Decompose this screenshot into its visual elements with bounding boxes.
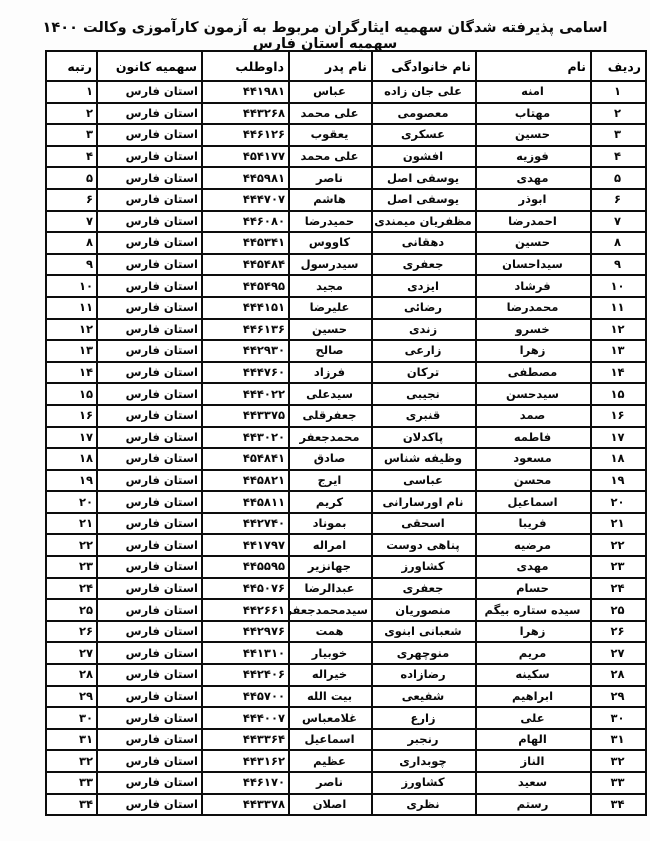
table-cell: ۴۴۲۶۶۱ <box>202 599 289 621</box>
table-cell: استان فارس <box>97 621 202 643</box>
table-cell: ۱۳ <box>46 340 97 362</box>
table-cell: ۶ <box>46 189 97 211</box>
table-cell: علی محمد <box>289 146 372 168</box>
table-cell: ۳۲ <box>591 750 646 772</box>
table-cell: ۴۴۳۳۷۵ <box>202 405 289 427</box>
table-cell: ۲۸ <box>591 664 646 686</box>
table-cell: هاشم <box>289 189 372 211</box>
table-cell: خسرو <box>476 319 591 341</box>
table-cell: ۸ <box>46 232 97 254</box>
table-cell: ۲۳ <box>46 556 97 578</box>
table-cell: استان فارس <box>97 167 202 189</box>
table-cell: استان فارس <box>97 686 202 708</box>
table-cell: شعبانی ابنوی <box>372 621 476 643</box>
table-cell: استان فارس <box>97 275 202 297</box>
table-cell: استان فارس <box>97 491 202 513</box>
table-cell: استان فارس <box>97 405 202 427</box>
table-cell: استان فارس <box>97 254 202 276</box>
table-header: ردیفنامنام خانوادگینام پدرداوطلبسهمیه کا… <box>46 51 646 81</box>
table-cell: ۳ <box>591 124 646 146</box>
table-row: ۸حسیندهقانیکاووس۴۴۵۳۴۱استان فارس۸ <box>46 232 646 254</box>
table-cell: خیراله <box>289 664 372 686</box>
table-cell: ۴۴۵۷۰۰ <box>202 686 289 708</box>
table-cell: حمیدرضا <box>289 211 372 233</box>
table-cell: مهتاب <box>476 103 591 125</box>
table-cell: مهدی <box>476 556 591 578</box>
table-cell: سیدعلی <box>289 383 372 405</box>
table-cell: ۱۷ <box>591 427 646 449</box>
table-cell: سکینه <box>476 664 591 686</box>
table-cell: ۳۱ <box>46 729 97 751</box>
table-cell: ۳۴ <box>591 794 646 816</box>
table-cell: استان فارس <box>97 729 202 751</box>
table-cell: نام اورسارانی <box>372 491 476 513</box>
table-cell: استان فارس <box>97 124 202 146</box>
table-cell: ۱۵ <box>591 383 646 405</box>
table-cell: استان فارس <box>97 750 202 772</box>
table-cell: یعقوب <box>289 124 372 146</box>
table-cell: ۱۱ <box>46 297 97 319</box>
table-cell: ۲۲ <box>46 534 97 556</box>
table-cell: ۴۴۵۵۹۵ <box>202 556 289 578</box>
table-cell: محمدجعفر <box>289 427 372 449</box>
table-cell: زندی <box>372 319 476 341</box>
table-cell: ۴ <box>46 146 97 168</box>
table-cell: ۴۴۶۰۸۰ <box>202 211 289 233</box>
table-cell: ترکان <box>372 362 476 384</box>
table-cell: ۴۴۳۳۷۸ <box>202 794 289 816</box>
table-cell: ۳۰ <box>46 707 97 729</box>
table-cell: استان فارس <box>97 211 202 233</box>
table-cell: جهانزیر <box>289 556 372 578</box>
table-row: ۱۹محسنعباسیایرج۴۴۵۸۲۱استان فارس۱۹ <box>46 470 646 492</box>
table-cell: استان فارس <box>97 189 202 211</box>
table-cell: علی جان زاده <box>372 81 476 103</box>
table-cell: ۱۳ <box>591 340 646 362</box>
table-cell: ۴۴۴۷۰۷ <box>202 189 289 211</box>
table-row: ۳۰علیزارعغلامعباس۴۴۴۰۰۷استان فارس۳۰ <box>46 707 646 729</box>
table-cell: شفیعی <box>372 686 476 708</box>
table-cell: ۲۹ <box>46 686 97 708</box>
table-body: ۱امنهعلی جان زادهعباس۴۴۱۹۸۱استان فارس۱۲م… <box>46 81 646 815</box>
table-cell: عظیم <box>289 750 372 772</box>
table-cell: ۱۶ <box>46 405 97 427</box>
table-cell: استان فارس <box>97 556 202 578</box>
table-cell: ۳ <box>46 124 97 146</box>
table-cell: اسماعیل <box>289 729 372 751</box>
table-cell: ۲ <box>46 103 97 125</box>
table-cell: عسکری <box>372 124 476 146</box>
table-row: ۳۴رستمنظریاصلان۴۴۳۳۷۸استان فارس۳۴ <box>46 794 646 816</box>
table-cell: ۴۴۱۳۱۰ <box>202 642 289 664</box>
table-cell: غلامعباس <box>289 707 372 729</box>
table-cell: اصلان <box>289 794 372 816</box>
table-cell: کریم <box>289 491 372 513</box>
table-cell: ۴۴۵۴۸۴ <box>202 254 289 276</box>
table-cell: علیرضا <box>289 297 372 319</box>
table-cell: ۲۷ <box>591 642 646 664</box>
table-cell: ۱۰ <box>46 275 97 297</box>
table-cell: وظیفه شناس <box>372 448 476 470</box>
table-cell: ۱۵ <box>46 383 97 405</box>
table-cell: ۴۴۶۱۲۶ <box>202 124 289 146</box>
table-cell: استان فارس <box>97 232 202 254</box>
table-cell: استان فارس <box>97 81 202 103</box>
table-cell: ۲۴ <box>591 578 646 600</box>
table-cell: مسعود <box>476 448 591 470</box>
table-cell: یوسفی اصل <box>372 189 476 211</box>
table-row: ۳۳سعیدکشاورزناصر۴۴۶۱۷۰استان فارس۳۳ <box>46 772 646 794</box>
table-cell: ۸ <box>591 232 646 254</box>
table-cell: استان فارس <box>97 470 202 492</box>
table-cell: ۲۰ <box>46 491 97 513</box>
table-cell: استان فارس <box>97 794 202 816</box>
table-cell: ۴۴۶۱۷۰ <box>202 772 289 794</box>
table-cell: صمد <box>476 405 591 427</box>
table-row: ۳۲النازچوبداریعظیم۴۴۳۱۶۲استان فارس۳۲ <box>46 750 646 772</box>
table-cell: محسن <box>476 470 591 492</box>
table-row: ۲۳مهدیکشاورزجهانزیر۴۴۵۵۹۵استان فارس۲۳ <box>46 556 646 578</box>
table-cell: ۳۴ <box>46 794 97 816</box>
table-cell: ۹ <box>46 254 97 276</box>
table-row: ۲۶زهراشعبانی ابنویهمت۴۴۲۹۷۶استان فارس۲۶ <box>46 621 646 643</box>
table-cell: استان فارس <box>97 146 202 168</box>
table-cell: استان فارس <box>97 578 202 600</box>
table-cell: فاطمه <box>476 427 591 449</box>
table-cell: ۳۰ <box>591 707 646 729</box>
table-row: ۱۵سیدحسننجیبیسیدعلی۴۴۴۰۲۲استان فارس۱۵ <box>46 383 646 405</box>
table-cell: احمدرضا <box>476 211 591 233</box>
table-cell: نجیبی <box>372 383 476 405</box>
table-cell: سیدرسول <box>289 254 372 276</box>
table-cell: حسین <box>476 124 591 146</box>
table-cell: عباس <box>289 81 372 103</box>
table-cell: فرشاد <box>476 275 591 297</box>
table-cell: ۴۴۳۳۶۴ <box>202 729 289 751</box>
table-cell: جعفری <box>372 254 476 276</box>
table-cell: ۴۴۳۲۶۸ <box>202 103 289 125</box>
table-row: ۲مهتابمعصومیعلی محمد۴۴۳۲۶۸استان فارس۲ <box>46 103 646 125</box>
table-cell: ۴۴۵۰۷۶ <box>202 578 289 600</box>
table-cell: ۴۴۶۱۳۶ <box>202 319 289 341</box>
table-row: ۳حسینعسکرییعقوب۴۴۶۱۲۶استان فارس۳ <box>46 124 646 146</box>
header-cell-4: داوطلب <box>202 51 289 81</box>
table-cell: ۱۷ <box>46 427 97 449</box>
table-cell: ۲۶ <box>46 621 97 643</box>
table-cell: بموناد <box>289 513 372 535</box>
table-cell: استان فارس <box>97 707 202 729</box>
table-cell: مجید <box>289 275 372 297</box>
table-cell: منوچهری <box>372 642 476 664</box>
table-row: ۵مهدییوسفی اصلناصر۴۴۵۹۸۱استان فارس۵ <box>46 167 646 189</box>
header-cell-1: نام <box>476 51 591 81</box>
table-cell: ۱۱ <box>591 297 646 319</box>
table-cell: معصومی <box>372 103 476 125</box>
table-cell: زارع <box>372 707 476 729</box>
table-cell: صادق <box>289 448 372 470</box>
table-cell: فوزیه <box>476 146 591 168</box>
table-cell: ۱ <box>591 81 646 103</box>
table-cell: ۲۵ <box>46 599 97 621</box>
table-cell: ۱۸ <box>591 448 646 470</box>
table-cell: ایرج <box>289 470 372 492</box>
table-cell: یوسفی اصل <box>372 167 476 189</box>
table-cell: ۳۲ <box>46 750 97 772</box>
table-cell: استان فارس <box>97 362 202 384</box>
table-cell: استان فارس <box>97 448 202 470</box>
table-cell: ۱۹ <box>46 470 97 492</box>
table-cell: استان فارس <box>97 664 202 686</box>
table-cell: ۲۷ <box>46 642 97 664</box>
table-cell: استان فارس <box>97 642 202 664</box>
table-cell: سعید <box>476 772 591 794</box>
table-cell: زارعی <box>372 340 476 362</box>
table-cell: ۱۴ <box>46 362 97 384</box>
table-row: ۲۱فریبااسحقیبموناد۴۴۲۷۴۰استان فارس۲۱ <box>46 513 646 535</box>
table-cell: سیدحسن <box>476 383 591 405</box>
table-cell: ۴۴۳۱۶۲ <box>202 750 289 772</box>
table-cell: ۳۳ <box>591 772 646 794</box>
table-cell: ۴۵۴۸۴۱ <box>202 448 289 470</box>
results-table: ردیفنامنام خانوادگینام پدرداوطلبسهمیه کا… <box>45 50 647 816</box>
table-cell: ۱۹ <box>591 470 646 492</box>
table-cell: پاکدلان <box>372 427 476 449</box>
table-row: ۲۹ابراهیمشفیعیبیت الله۴۴۵۷۰۰استان فارس۲۹ <box>46 686 646 708</box>
table-row: ۱امنهعلی جان زادهعباس۴۴۱۹۸۱استان فارس۱ <box>46 81 646 103</box>
table-cell: ۴۴۵۸۲۱ <box>202 470 289 492</box>
table-cell: ۲۱ <box>46 513 97 535</box>
table-cell: ۴۴۵۴۹۵ <box>202 275 289 297</box>
table-cell: ابوذر <box>476 189 591 211</box>
table-cell: محمدرضا <box>476 297 591 319</box>
table-cell: ناصر <box>289 772 372 794</box>
table-cell: ایزدی <box>372 275 476 297</box>
table-cell: ۳۳ <box>46 772 97 794</box>
table-cell: ۴۴۵۸۱۱ <box>202 491 289 513</box>
table-row: ۱۸مسعودوظیفه شناسصادق۴۵۴۸۴۱استان فارس۱۸ <box>46 448 646 470</box>
header-cell-2: نام خانوادگی <box>372 51 476 81</box>
table-cell: رضازاده <box>372 664 476 686</box>
table-cell: ناصر <box>289 167 372 189</box>
table-cell: دهقانی <box>372 232 476 254</box>
table-cell: بیت الله <box>289 686 372 708</box>
table-cell: ۲۱ <box>591 513 646 535</box>
table-cell: ۴۴۲۹۳۰ <box>202 340 289 362</box>
table-cell: زهرا <box>476 621 591 643</box>
table-cell: ۲۶ <box>591 621 646 643</box>
table-cell: استان فارس <box>97 534 202 556</box>
table-cell: ابراهیم <box>476 686 591 708</box>
table-cell: ۷ <box>591 211 646 233</box>
table-cell: جعفرقلی <box>289 405 372 427</box>
table-cell: کاووس <box>289 232 372 254</box>
table-cell: منصوریان <box>372 599 476 621</box>
table-cell: ۴۴۲۴۰۶ <box>202 664 289 686</box>
table-cell: ۲۵ <box>591 599 646 621</box>
table-cell: همت <box>289 621 372 643</box>
table-cell: مصطفی <box>476 362 591 384</box>
table-cell: ۳۱ <box>591 729 646 751</box>
table-cell: نظری <box>372 794 476 816</box>
table-cell: ۴۴۱۹۸۱ <box>202 81 289 103</box>
table-row: ۲۰اسماعیلنام اورسارانیکریم۴۴۵۸۱۱استان فا… <box>46 491 646 513</box>
table-cell: رستم <box>476 794 591 816</box>
table-cell: ۹ <box>591 254 646 276</box>
table-cell: قنبری <box>372 405 476 427</box>
table-cell: ۴۴۵۹۸۱ <box>202 167 289 189</box>
table-cell: مهدی <box>476 167 591 189</box>
table-cell: ۴۴۴۰۲۲ <box>202 383 289 405</box>
table-cell: استان فارس <box>97 340 202 362</box>
table-row: ۳۱الهامرنجبراسماعیل۴۴۳۳۶۴استان فارس۳۱ <box>46 729 646 751</box>
table-row: ۱۶صمدقنبریجعفرقلی۴۴۳۳۷۵استان فارس۱۶ <box>46 405 646 427</box>
table-row: ۱۲خسروزندیحسین۴۴۶۱۳۶استان فارس۱۲ <box>46 319 646 341</box>
table-cell: حسین <box>289 319 372 341</box>
header-cell-5: سهمیه کانون <box>97 51 202 81</box>
table-cell: الناز <box>476 750 591 772</box>
table-cell: صالح <box>289 340 372 362</box>
header-cell-6: رتبه <box>46 51 97 81</box>
table-row: ۲۲مرضیهپناهی دوستامراله۴۴۱۷۹۷استان فارس۲… <box>46 534 646 556</box>
table-row: ۶ابوذریوسفی اصلهاشم۴۴۴۷۰۷استان فارس۶ <box>46 189 646 211</box>
table-cell: ۴۴۳۰۲۰ <box>202 427 289 449</box>
table-cell: رضائی <box>372 297 476 319</box>
table-cell: امراله <box>289 534 372 556</box>
table-cell: ۴ <box>591 146 646 168</box>
table-row: ۱۰فرشادایزدیمجید۴۴۵۴۹۵استان فارس۱۰ <box>46 275 646 297</box>
table-cell: ۴۴۲۷۴۰ <box>202 513 289 535</box>
table-cell: استان فارس <box>97 599 202 621</box>
table-cell: مرضیه <box>476 534 591 556</box>
table-row: ۲۸سکینهرضازادهخیراله۴۴۲۴۰۶استان فارس۲۸ <box>46 664 646 686</box>
table-cell: ۱۴ <box>591 362 646 384</box>
table-cell: رنجبر <box>372 729 476 751</box>
table-cell: زهرا <box>476 340 591 362</box>
table-cell: علی <box>476 707 591 729</box>
document-page: اسامی پذیرفته شدگان سهمیه ایثارگران مربو… <box>0 0 650 841</box>
table-row: ۲۷مریممنوچهریخوبیار۴۴۱۳۱۰استان فارس۲۷ <box>46 642 646 664</box>
table-row: ۱۳زهرازارعیصالح۴۴۲۹۳۰استان فارس۱۳ <box>46 340 646 362</box>
table-cell: ۱۸ <box>46 448 97 470</box>
table-row: ۴فوزیهافشونعلی محمد۴۵۴۱۷۷استان فارس۴ <box>46 146 646 168</box>
table-row: ۱۱محمدرضارضائیعلیرضا۴۴۴۱۵۱استان فارس۱۱ <box>46 297 646 319</box>
table-cell: ۲۹ <box>591 686 646 708</box>
table-cell: ۱۰ <box>591 275 646 297</box>
table-cell: عبدالرضا <box>289 578 372 600</box>
table-cell: ۴۴۴۱۵۱ <box>202 297 289 319</box>
table-cell: حسین <box>476 232 591 254</box>
table-cell: عباسی <box>372 470 476 492</box>
table-cell: استان فارس <box>97 513 202 535</box>
table-cell: ۴۴۴۰۰۷ <box>202 707 289 729</box>
table-cell: استان فارس <box>97 383 202 405</box>
table-cell: علی محمد <box>289 103 372 125</box>
table-cell: استان فارس <box>97 297 202 319</box>
table-cell: ۲۰ <box>591 491 646 513</box>
table-cell: استان فارس <box>97 319 202 341</box>
table-cell: افشون <box>372 146 476 168</box>
header-row: ردیفنامنام خانوادگینام پدرداوطلبسهمیه کا… <box>46 51 646 81</box>
table-cell: پناهی دوست <box>372 534 476 556</box>
table-cell: ۴۴۲۹۷۶ <box>202 621 289 643</box>
table-cell: مریم <box>476 642 591 664</box>
table-row: ۷احمدرضامظفریان میمندیحمیدرضا۴۴۶۰۸۰استان… <box>46 211 646 233</box>
table-row: ۱۴مصطفیترکانفرزاد۴۴۴۷۶۰استان فارس۱۴ <box>46 362 646 384</box>
table-cell: سیده ستاره بیگم <box>476 599 591 621</box>
table-row: ۹سیداحسانجعفریسیدرسول۴۴۵۴۸۴استان فارس۹ <box>46 254 646 276</box>
table-cell: امنه <box>476 81 591 103</box>
table-cell: ۴۴۱۷۹۷ <box>202 534 289 556</box>
table-cell: کشاورز <box>372 772 476 794</box>
table-cell: جعفری <box>372 578 476 600</box>
table-cell: مظفریان میمندی <box>372 211 476 233</box>
table-cell: استان فارس <box>97 427 202 449</box>
table-cell: حسام <box>476 578 591 600</box>
table-cell: ۲۴ <box>46 578 97 600</box>
header-cell-3: نام پدر <box>289 51 372 81</box>
table-cell: ۵ <box>46 167 97 189</box>
table-row: ۱۷فاطمهپاکدلانمحمدجعفر۴۴۳۰۲۰استان فارس۱۷ <box>46 427 646 449</box>
table-cell: الهام <box>476 729 591 751</box>
table-cell: سیداحسان <box>476 254 591 276</box>
table-cell: استان فارس <box>97 772 202 794</box>
table-cell: ۱ <box>46 81 97 103</box>
table-cell: ۵ <box>591 167 646 189</box>
table-cell: فرزاد <box>289 362 372 384</box>
table-cell: ۱۲ <box>591 319 646 341</box>
table-cell: ۶ <box>591 189 646 211</box>
table-cell: ۴۵۴۱۷۷ <box>202 146 289 168</box>
table-cell: ۲۳ <box>591 556 646 578</box>
table-row: ۲۴حسامجعفریعبدالرضا۴۴۵۰۷۶استان فارس۲۴ <box>46 578 646 600</box>
table-cell: اسماعیل <box>476 491 591 513</box>
table-cell: ۲ <box>591 103 646 125</box>
table-cell: کشاورز <box>372 556 476 578</box>
table-cell: ۲۸ <box>46 664 97 686</box>
table-cell: ۲۲ <box>591 534 646 556</box>
table-cell: اسحقی <box>372 513 476 535</box>
table-cell: ۴۴۵۳۴۱ <box>202 232 289 254</box>
table-cell: چوبداری <box>372 750 476 772</box>
header-cell-0: ردیف <box>591 51 646 81</box>
table-row: ۲۵سیده ستاره بیگممنصوریانسیدمحمدجعفر۴۴۲۶… <box>46 599 646 621</box>
table-cell: ۱۲ <box>46 319 97 341</box>
table-cell: استان فارس <box>97 103 202 125</box>
table-cell: ۴۴۴۷۶۰ <box>202 362 289 384</box>
page-title: اسامی پذیرفته شدگان سهمیه ایثارگران مربو… <box>25 20 625 52</box>
table-cell: فریبا <box>476 513 591 535</box>
table-cell: ۱۶ <box>591 405 646 427</box>
table-cell: ۷ <box>46 211 97 233</box>
table-cell: خوبیار <box>289 642 372 664</box>
table-cell: سیدمحمدجعفر <box>289 599 372 621</box>
